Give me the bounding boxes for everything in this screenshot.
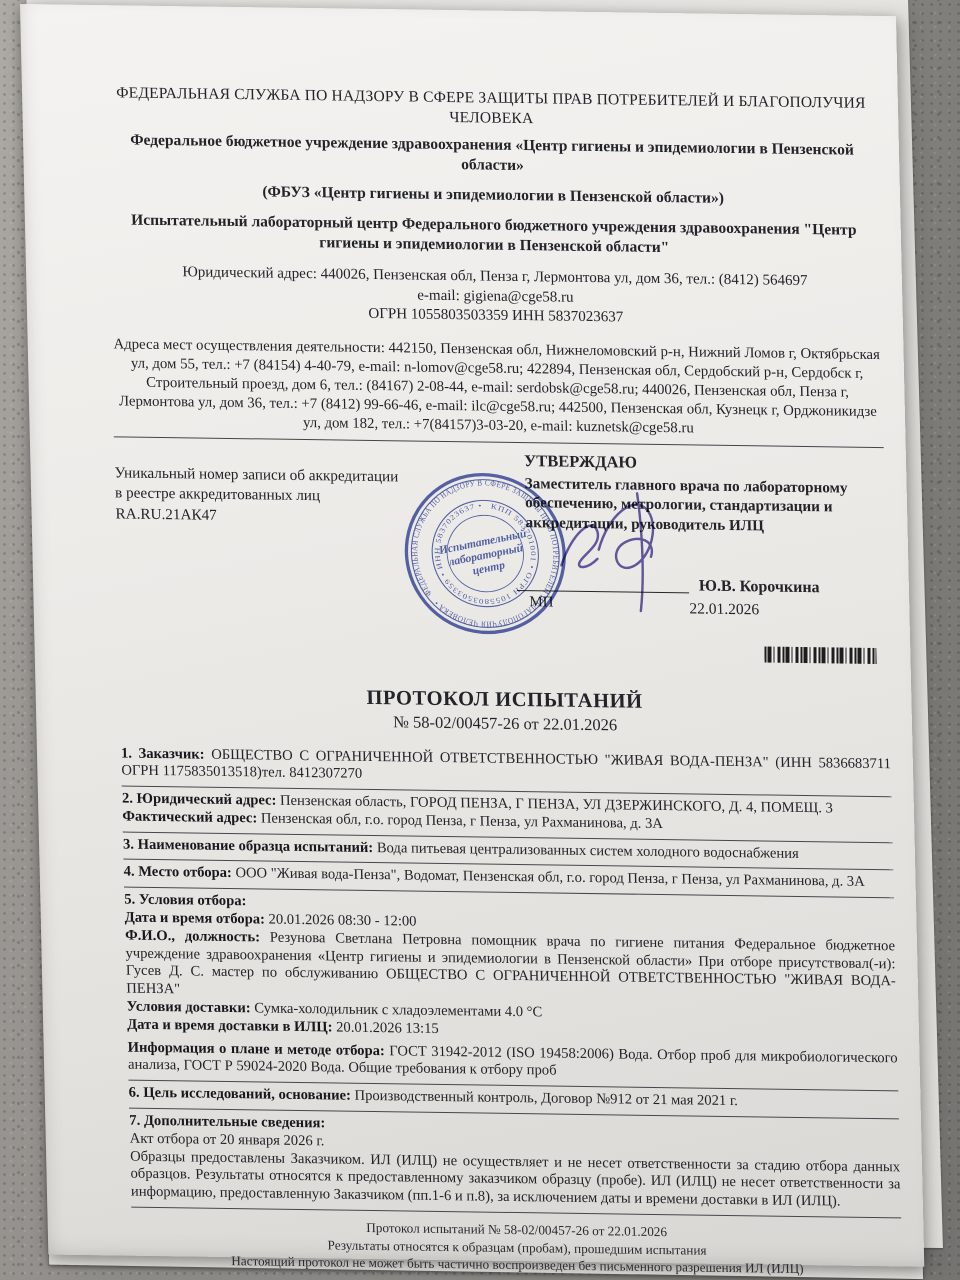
sampling-datetime-label: Дата и время отбора: (125, 910, 266, 928)
page-content: ФЕДЕРАЛЬНАЯ СЛУЖБА ПО НАДЗОРУ В СФЕРЕ ЗА… (20, 4, 924, 1267)
ilc-name: Испытательный лабораторный центр Федерал… (109, 210, 880, 261)
org-full-name: Федеральное бюджетное учреждение здравоо… (107, 130, 878, 181)
org-short-name: (ФБУЗ «Центр гигиены и эпидемиологии в П… (108, 180, 878, 211)
actual-address-label: Фактический адрес: (122, 808, 257, 826)
delivery-conditions-label: Условия доставки: (127, 999, 251, 1017)
protocol-title-block: ПРОТОКОЛ ИСПЫТАНИЙ № 58-02/00457-26 от 2… (119, 681, 890, 740)
delivery-conditions-value: Сумка-холодильник с хладоэлементами 4.0 … (254, 1000, 542, 1020)
sampling-datetime-value: 20.01.2026 08:30 - 12:00 (268, 912, 416, 930)
purpose-value: Производственный контроль, Договор №912 … (354, 1088, 738, 1109)
delivery-datetime-label: Дата и время доставки в ИЛЦ: (127, 1016, 333, 1035)
protocol-page: ФЕДЕРАЛЬНАЯ СЛУЖБА ПО НАДЗОРУ В СФЕРЕ ЗА… (20, 4, 924, 1267)
customer-value: ОБЩЕСТВО С ОГРАНИЧЕННОЙ ОТВЕТСТВЕННОСТЬЮ… (121, 746, 891, 782)
activity-addresses: Адреса мест осуществления деятельности: … (111, 335, 883, 441)
row-sampling-conditions: 5. Условия отбора: Дата и время отбора: … (124, 888, 897, 1050)
place-label: 4. Место отбора: (123, 864, 232, 882)
legal-address-label: 2. Юридический адрес: (122, 791, 277, 809)
photo-scene: ФЕДЕРАЛЬНАЯ СЛУЖБА ПО НАДЗОРУ В СФЕРЕ ЗА… (0, 0, 960, 1280)
agency-name: ФЕДЕРАЛЬНАЯ СЛУЖБА ПО НАДЗОРУ В СФЕРЕ ЗА… (106, 83, 877, 133)
barcode (764, 646, 876, 664)
approval-section: Уникальный номер записи об аккредитации … (114, 437, 889, 690)
sample-label: 3. Наименование образца испытаний: (123, 836, 374, 855)
method-label: Информация о плане и методе отбора: (127, 1039, 385, 1059)
purpose-label: 6. Цель исследований, основание: (128, 1085, 351, 1104)
row-additional-info: 7. Дополнительные сведения: Акт отбора о… (129, 1109, 901, 1219)
approver-name: Ю.В. Корочкина (699, 578, 820, 598)
place-value: ООО "Живая вода-Пенза", Водомат, Пензенс… (235, 866, 865, 891)
fio-label: Ф.И.О., должность: (125, 927, 260, 945)
page-footer: Протокол испытаний № 58-02/00457-26 от 2… (131, 1216, 902, 1279)
sample-value: Вода питьевая централизованных систем хо… (377, 840, 799, 862)
handwritten-signature (547, 477, 709, 621)
additional-line2: Образцы предоставлены Заказчиком. ИЛ (ИЛ… (130, 1148, 901, 1212)
protocol-fields-table: 1. Заказчик: ОБЩЕСТВО С ОГРАНИЧЕННОЙ ОТВ… (121, 741, 902, 1218)
additional-label: 7. Дополнительные сведения: (129, 1113, 325, 1132)
customer-label: 1. Заказчик: (121, 745, 205, 762)
approve-title: УТВЕРЖДАЮ (524, 451, 886, 476)
conditions-label: 5. Условия отбора: (124, 892, 246, 910)
delivery-datetime-value: 20.01.2026 13:15 (336, 1019, 439, 1036)
